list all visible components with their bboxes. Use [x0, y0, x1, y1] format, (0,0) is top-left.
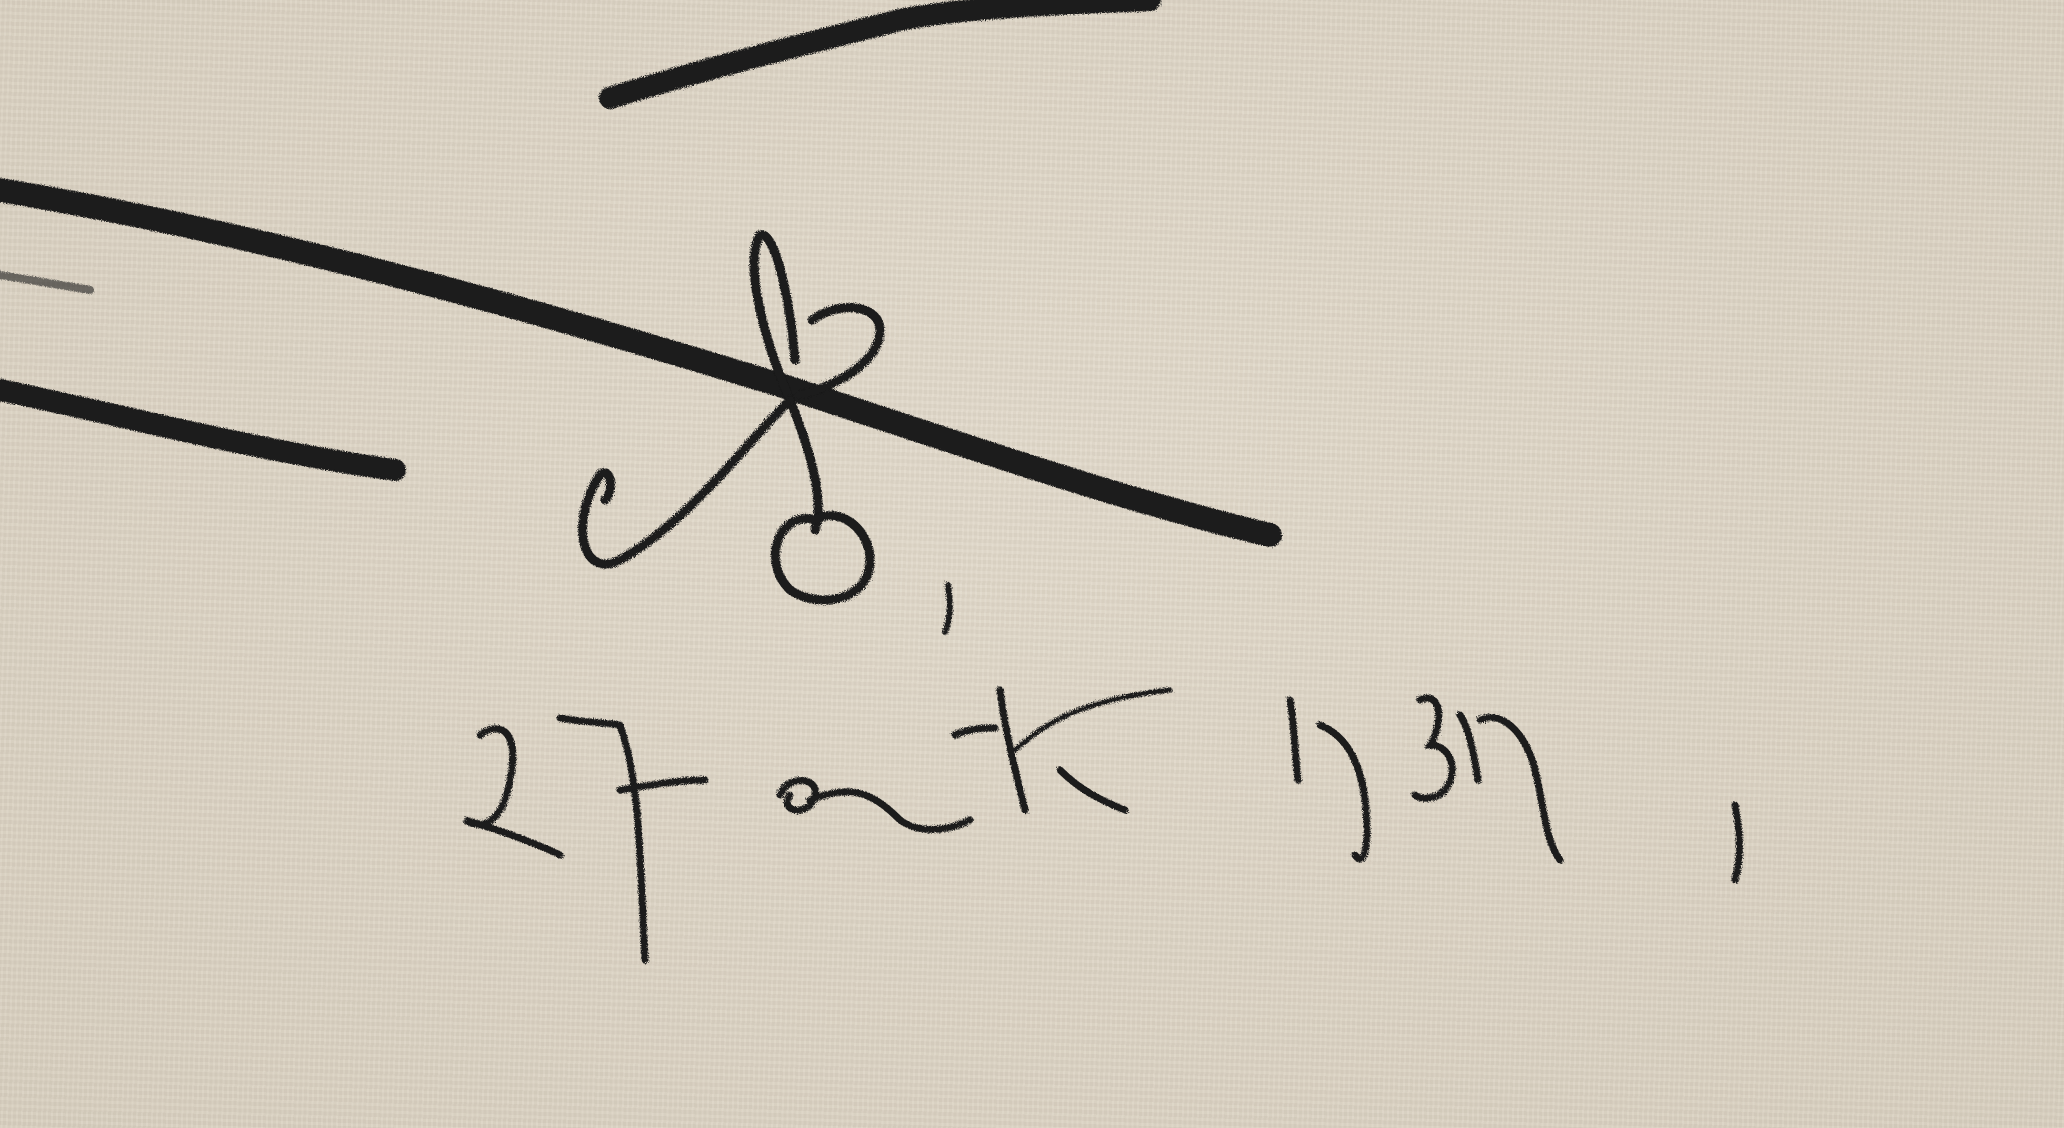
diagonal-stroke	[0, 190, 1270, 535]
charcoal-drawing	[0, 0, 2064, 1128]
handwritten-date	[465, 690, 1740, 960]
top-stroke	[610, 0, 1150, 98]
lower-left-stroke	[0, 390, 395, 470]
paper-background: AS 27 ~k 1937,	[0, 0, 2064, 1128]
